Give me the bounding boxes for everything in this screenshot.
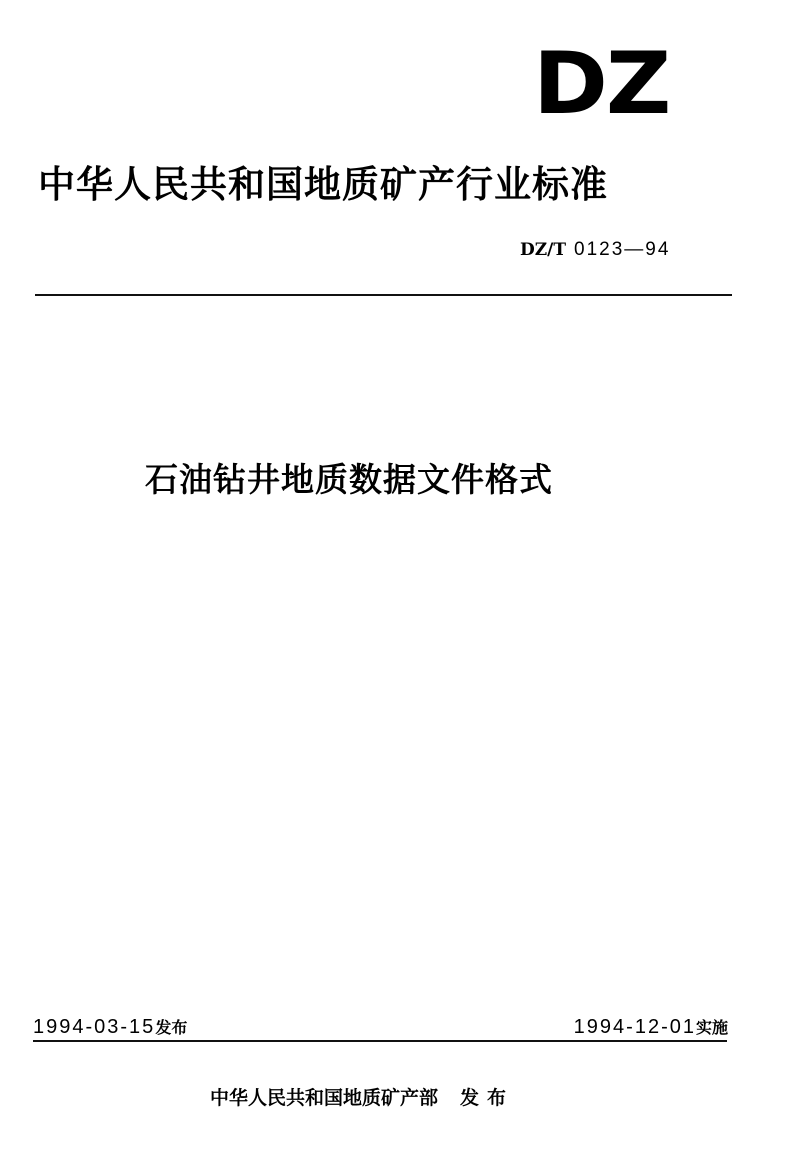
publisher-line: 中华人民共和国地质矿产部发布 [210,1083,514,1113]
effective-date: 1994-12-01实施 [574,1015,728,1039]
dz-logo: DZ [533,48,675,120]
standard-number-prefix: DZ/T [520,240,566,260]
issue-date: 1994-03-15发布 [33,1015,187,1039]
document-title: 石油钻井地质数据文件格式 [145,455,553,505]
bottom-divider [33,1040,727,1042]
standard-number-value: 0123—94 [574,239,670,260]
publisher-action: 发布 [460,1087,514,1109]
effective-date-label: 实施 [696,1018,728,1037]
issue-date-value: 1994-03-15 [33,1016,155,1038]
standard-category-heading: 中华人民共和国地质矿产行业标准 [38,160,738,210]
standard-number: DZ/T0123—94 [520,238,670,262]
issue-date-label: 发布 [155,1018,187,1037]
effective-date-value: 1994-12-01 [574,1016,696,1038]
top-divider [35,294,732,296]
publisher-name: 中华人民共和国地质矿产部 [210,1087,438,1109]
